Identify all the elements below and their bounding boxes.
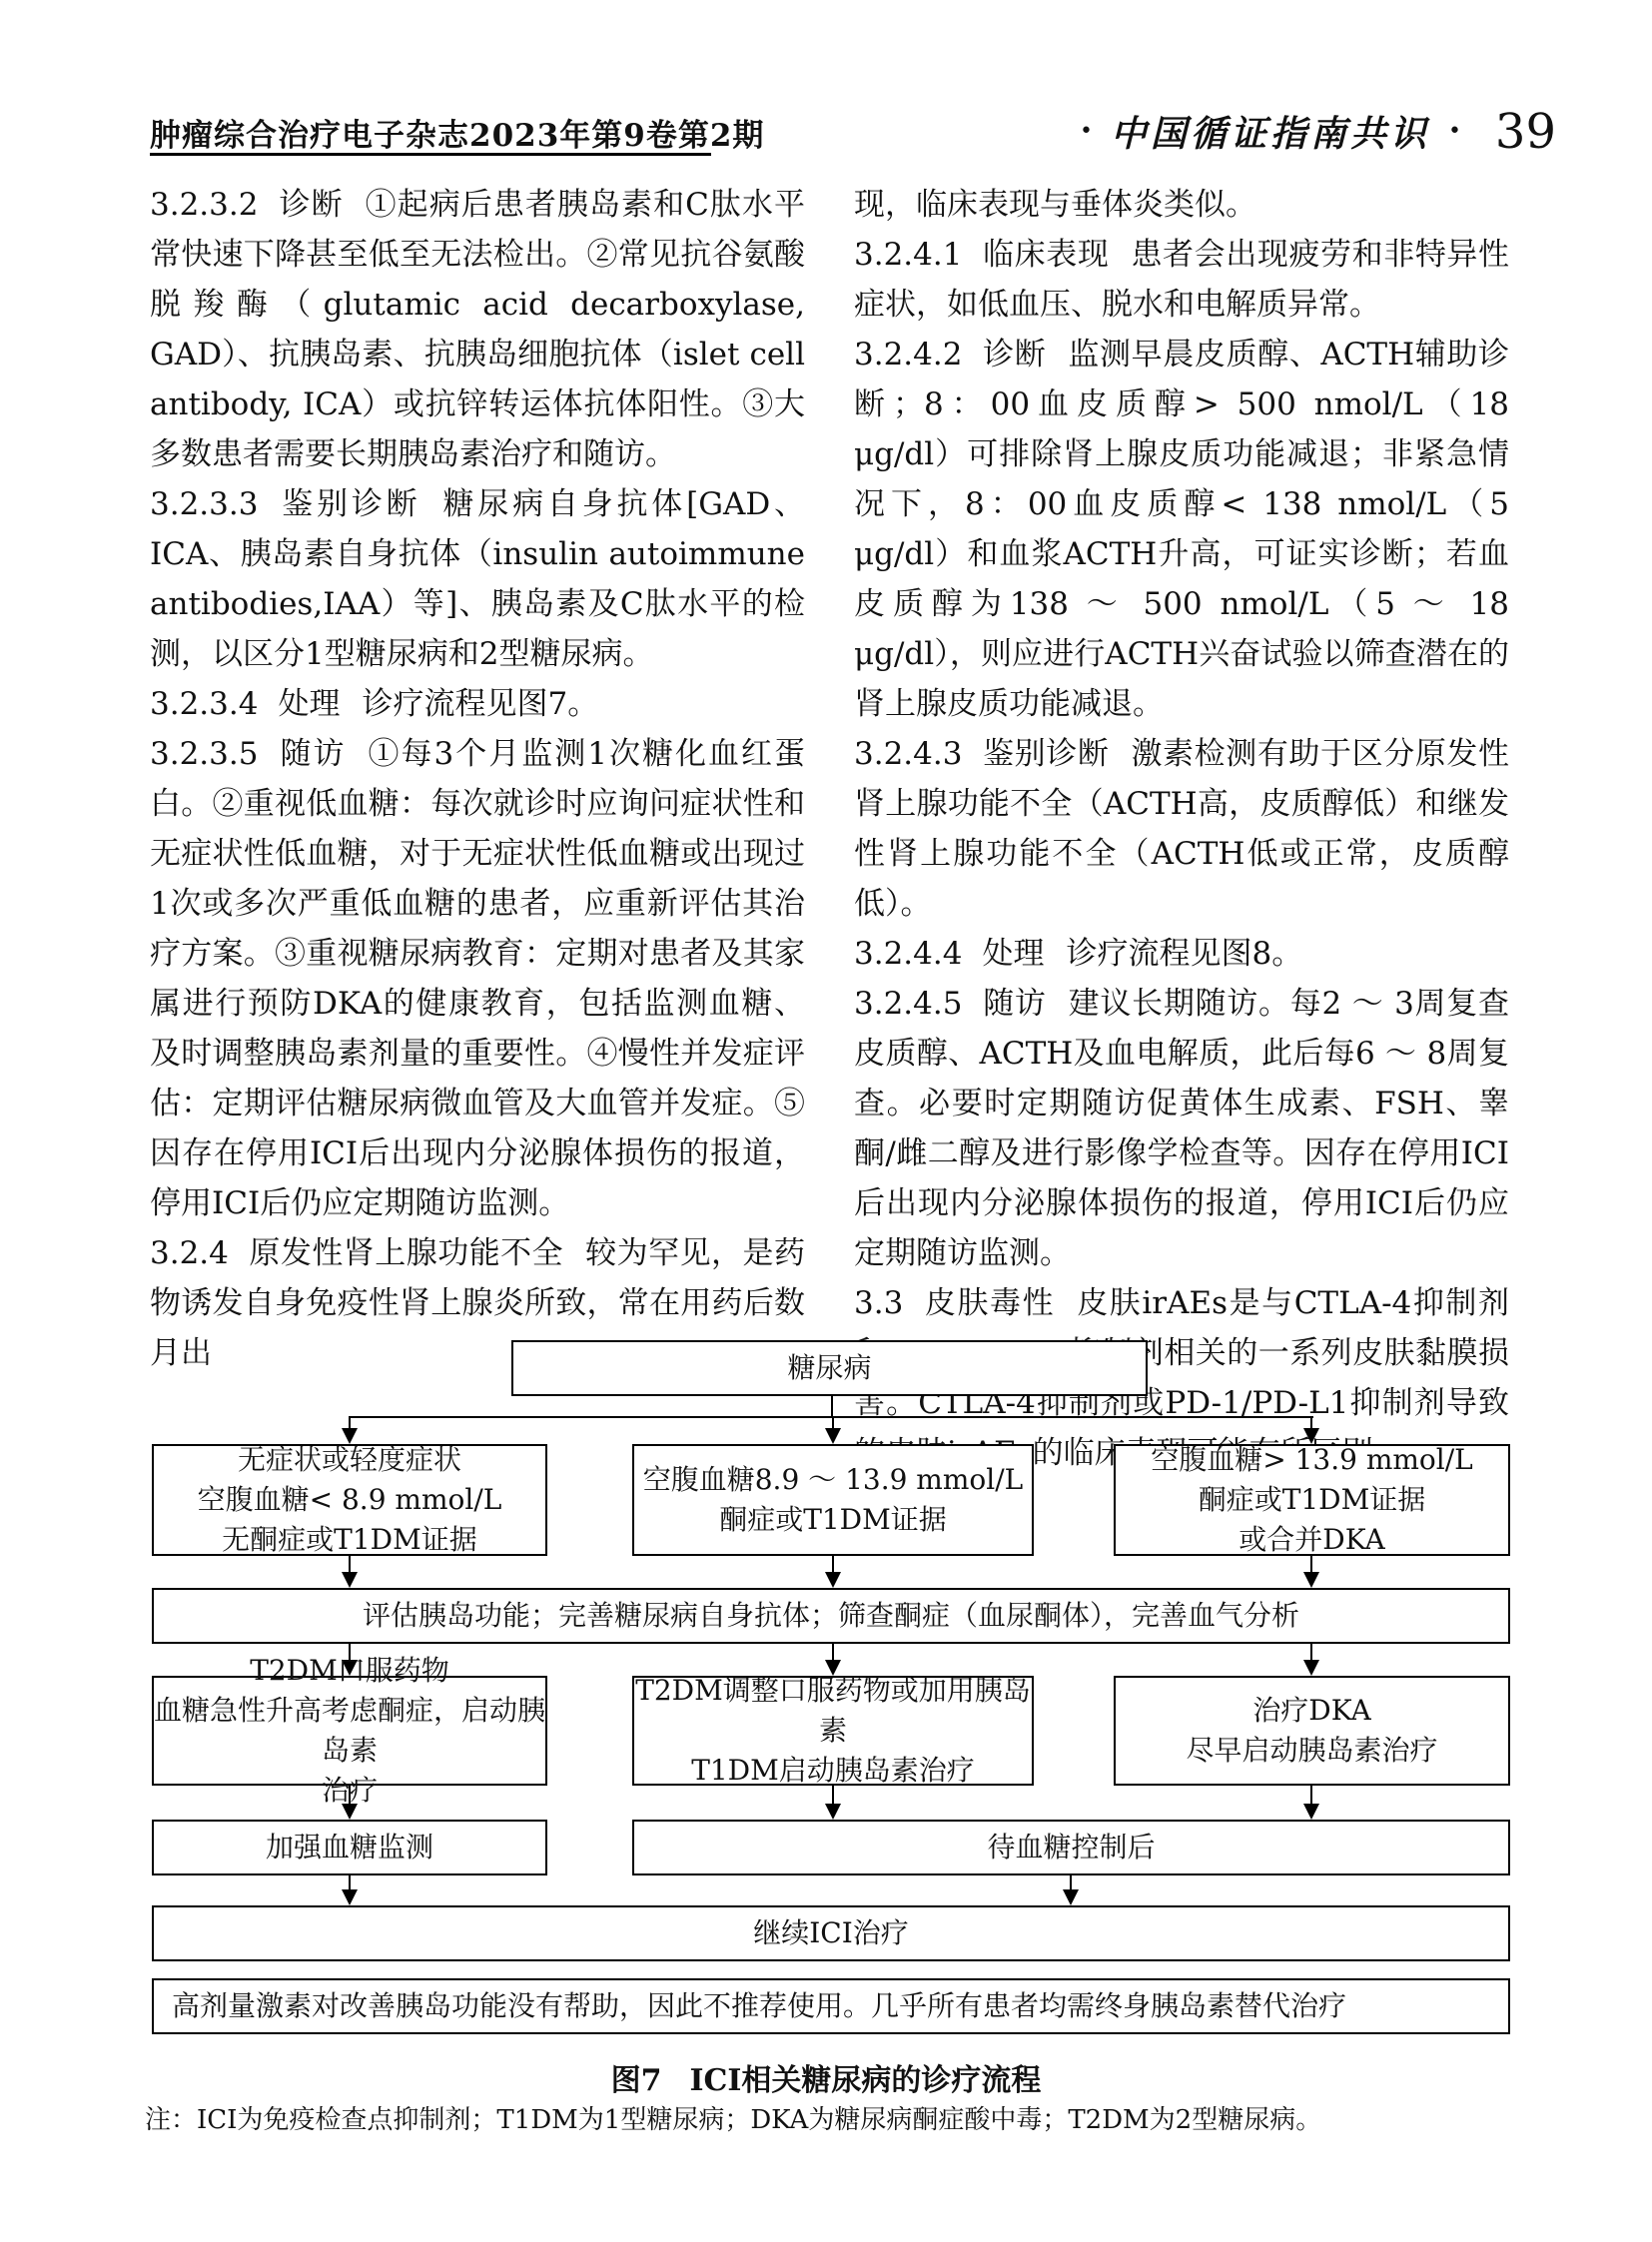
section-label: 鉴别诊断	[278, 486, 420, 522]
section-number: 3.2.4.4	[854, 936, 962, 972]
flow-arrow-head	[1303, 1660, 1319, 1676]
paragraph-text: 建议长期随访。每2 ～ 3周复查皮质醇、ACTH及血电解质，此后每6 ～ 8周复…	[854, 986, 1509, 1271]
flow-box-treat-dka: 治疗DKA 尽早启动胰岛素治疗	[1114, 1676, 1510, 1786]
paragraph-text: ①每3个月监测1次糖化血红蛋白。②重视低血糖：每次就诊时应询问症状性和无症状性低…	[150, 736, 805, 1221]
flow-arrow-stem	[349, 1786, 351, 1805]
page-number: 39	[1495, 108, 1556, 156]
journal-title: 肿瘤综合治疗电子杂志2023年第9卷第2期	[150, 110, 764, 155]
paragraph-continuation: 现，临床表现与垂体炎类似。	[854, 180, 1509, 230]
flow-arrow-head	[342, 1572, 358, 1588]
flow-connector-vline	[831, 1396, 833, 1416]
section-label: 随访	[982, 986, 1046, 1022]
bullet-icon: •	[1080, 121, 1093, 143]
paragraph-text: 现，临床表现与垂体炎类似。	[854, 187, 1256, 223]
flow-arrow-stem	[832, 1556, 834, 1573]
figure-number: 图7	[611, 2063, 662, 2098]
header-banner: • 中国循证指南共识 • 39	[1080, 106, 1556, 157]
paragraph-3-2-4-3: 3.2.4.3鉴别诊断激素检测有助于区分原发性肾上腺功能不全（ACTH高，皮质醇…	[854, 729, 1509, 929]
section-number: 3.2.4.5	[854, 986, 962, 1022]
section-label: 随访	[278, 736, 346, 772]
paragraph-3-2-4-4: 3.2.4.4处理诊疗流程见图8。	[854, 929, 1509, 979]
figure-caption: 图7ICI相关糖尿病的诊疗流程	[0, 2055, 1652, 2099]
flow-arrow-stem	[1310, 1644, 1312, 1661]
paragraph-text: 诊疗流程见图7。	[362, 686, 598, 722]
flow-box-t2dm-oral: T2DM口服药物 血糖急性升高考虑酮症，启动胰岛素 治疗	[152, 1676, 547, 1786]
section-label: 处理	[982, 936, 1044, 972]
paragraph-text: 监测早晨皮质醇、ACTH辅助诊断；8：00血皮质醇> 500 nmol/L（18…	[854, 337, 1509, 722]
flow-arrow-stem	[349, 1556, 351, 1573]
flow-box-mild-symptoms: 无症状或轻度症状 空腹血糖< 8.9 mmol/L 无酮症或T1DM证据	[152, 1444, 547, 1556]
paragraph-3-2-3-5: 3.2.3.5随访①每3个月监测1次糖化血红蛋白。②重视低血糖：每次就诊时应询问…	[150, 729, 805, 1228]
flow-arrow-stem	[832, 1786, 834, 1805]
section-number: 3.2.4	[150, 1235, 229, 1271]
section-number: 3.2.4.3	[854, 736, 962, 772]
flow-box-diabetes: 糖尿病	[511, 1340, 1148, 1396]
section-label: 处理	[278, 686, 340, 722]
flow-box-steroid-note: 高剂量激素对改善胰岛功能没有帮助，因此不推荐使用。几乎所有患者均需终身胰岛素替代…	[152, 1978, 1510, 2034]
flow-arrow-stem	[349, 1875, 351, 1890]
flow-arrow-stem	[1070, 1875, 1072, 1890]
section-label: 皮肤毒性	[923, 1285, 1055, 1321]
flow-arrow-head	[825, 1572, 841, 1588]
flow-arrow-stem	[832, 1644, 834, 1661]
body-left-column: 3.2.3.2诊断①起病后患者胰岛素和C肽水平常快速下降甚至低至无法检出。②常见…	[150, 180, 805, 1378]
flow-box-adjust-insulin: T2DM调整口服药物或加用胰岛素 T1DM启动胰岛素治疗	[632, 1676, 1034, 1786]
body-right-column: 现，临床表现与垂体炎类似。 3.2.4.1临床表现患者会出现疲劳和非特异性症状，…	[854, 180, 1509, 1478]
section-label: 鉴别诊断	[982, 736, 1109, 772]
paragraph-3-2-4-5: 3.2.4.5随访建议长期随访。每2 ～ 3周复查皮质醇、ACTH及血电解质，此…	[854, 979, 1509, 1278]
flow-arrow-head	[825, 1804, 841, 1820]
flow-connector-hline	[349, 1416, 1313, 1418]
paragraph-text: ①起病后患者胰岛素和C肽水平常快速下降甚至低至无法检出。②常见抗谷氨酸脱羧酶（g…	[150, 187, 805, 472]
flow-arrow-head	[1303, 1572, 1319, 1588]
flow-box-glucose-controlled: 待血糖控制后	[632, 1820, 1510, 1875]
section-number: 3.3	[854, 1285, 903, 1321]
section-number: 3.2.3.3	[150, 486, 258, 522]
paragraph-3-2-3-2: 3.2.3.2诊断①起病后患者胰岛素和C肽水平常快速下降甚至低至无法检出。②常见…	[150, 180, 805, 479]
flow-arrow-head	[825, 1428, 841, 1444]
flow-box-monitor-glucose: 加强血糖监测	[152, 1820, 547, 1875]
flow-box-continue-ici: 继续ICI治疗	[152, 1905, 1510, 1961]
flow-box-severe-glucose: 空腹血糖> 13.9 mmol/L 酮症或T1DM证据 或合并DKA	[1114, 1444, 1510, 1556]
flow-arrow-head	[342, 1804, 358, 1820]
paragraph-3-2-3-4: 3.2.3.4处理诊疗流程见图7。	[150, 679, 805, 729]
flow-arrow-stem	[1310, 1786, 1312, 1805]
section-number: 3.2.3.5	[150, 736, 258, 772]
section-label: 临床表现	[982, 237, 1109, 273]
flow-arrow-head	[1063, 1889, 1079, 1905]
paragraph-3-2-4-1: 3.2.4.1临床表现患者会出现疲劳和非特异性症状，如低血压、脱水和电解质异常。	[854, 230, 1509, 330]
flow-arrow-head	[1303, 1804, 1319, 1820]
section-number: 3.2.3.4	[150, 686, 258, 722]
flow-box-moderate-glucose: 空腹血糖8.9 ～ 13.9 mmol/L 酮症或T1DM证据	[632, 1444, 1034, 1556]
section-label: 原发性肾上腺功能不全	[249, 1235, 563, 1271]
flow-box-evaluate-islet: 评估胰岛功能；完善糖尿病自身抗体；筛查酮症（血尿酮体），完善血气分析	[152, 1588, 1510, 1644]
section-label: 诊断	[278, 187, 343, 223]
section-number: 3.2.4.1	[854, 237, 962, 273]
section-label: 诊断	[982, 337, 1046, 373]
figure-note: 注：ICI为免疫检查点抑制剂；T1DM为1型糖尿病；DKA为糖尿病酮症酸中毒；T…	[145, 2099, 1523, 2136]
header-rule	[150, 153, 711, 156]
bullet-icon: •	[1448, 121, 1461, 143]
flow-arrow-stem	[1310, 1556, 1312, 1573]
section-number: 3.2.3.2	[150, 187, 258, 223]
paragraph-text: 诊疗流程见图8。	[1066, 936, 1302, 972]
paragraph-3-2-3-3: 3.2.3.3鉴别诊断糖尿病自身抗体[GAD、ICA、胰岛素自身抗体（insul…	[150, 479, 805, 679]
figure-title: ICI相关糖尿病的诊疗流程	[689, 2063, 1041, 2098]
paragraph-3-2-4-2: 3.2.4.2诊断监测早晨皮质醇、ACTH辅助诊断；8：00血皮质醇> 500 …	[854, 330, 1509, 729]
flow-arrow-head	[342, 1889, 358, 1905]
section-number: 3.2.4.2	[854, 337, 962, 373]
journal-page: 肿瘤综合治疗电子杂志2023年第9卷第2期 • 中国循证指南共识 • 39 3.…	[0, 0, 1652, 2242]
banner-title: 中国循证指南共识	[1111, 106, 1430, 157]
